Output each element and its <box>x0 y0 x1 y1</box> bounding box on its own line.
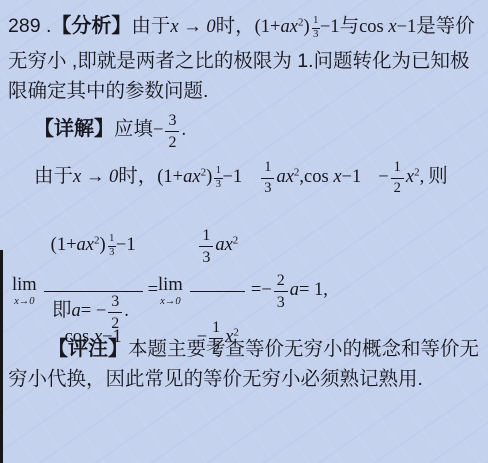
fraction-numerator: 1 <box>391 159 404 178</box>
math-token: (1+ <box>255 17 281 37</box>
math-token: , <box>420 167 425 187</box>
fraction: 32 <box>108 292 122 333</box>
fraction-denominator: 3 <box>313 29 318 41</box>
math-token: ) <box>303 17 309 37</box>
fraction-numerator: 3 <box>165 111 179 132</box>
detail-answer-line: 【详解】应填−32. <box>8 106 480 152</box>
fraction-numerator: 1 <box>108 233 116 247</box>
math-x-to-0: x → 0 <box>73 167 118 187</box>
remark-line-1: 【评注】本题主要考查等价无穷小的概念和等价无 <box>8 334 480 364</box>
math-token: ax <box>280 17 297 37</box>
lim-subscript: x→0 <box>14 297 34 308</box>
detail-equivalence-line: 由于x → 0时，(1+ax2)13−113ax2,cos x−1−12x2, … <box>8 152 480 200</box>
math-token: x <box>388 17 396 37</box>
math-token: . <box>124 301 129 321</box>
fraction-denominator: 2 <box>111 313 119 333</box>
fraction-numerator: 3 <box>108 292 122 313</box>
text-yu: 与 <box>340 15 360 37</box>
limit-operator: limx→0 <box>158 276 183 307</box>
text-tail: 是等价 <box>416 15 475 37</box>
math-token: − <box>378 167 388 187</box>
fraction: 12 <box>391 159 404 197</box>
text-shi: 时， <box>118 165 157 187</box>
text-ze: 则 <box>428 165 448 187</box>
fraction: 13 <box>199 226 213 267</box>
solution-content: 289 .【分析】由于x → 0时，(1+ax2)13−1与cos x−1是等价… <box>8 6 480 394</box>
fraction-numerator: 1 <box>312 15 320 29</box>
lim-word: lim <box>12 276 37 295</box>
lim-subscript: x→0 <box>160 297 180 308</box>
fraction-denominator: 2 <box>394 179 401 197</box>
screenshot-edge-artifact <box>0 250 3 463</box>
fraction-numerator: 13ax2 <box>190 200 245 292</box>
text: 限确定其中的参数问题. <box>8 80 208 102</box>
fraction-numerator: 2 <box>274 271 288 292</box>
math-x-to-0: x → 0 <box>170 17 215 37</box>
math-token: ) <box>100 235 106 255</box>
fraction-denominator: 3 <box>216 179 221 191</box>
text-youyu: 由于 <box>34 165 73 187</box>
text: 无穷小 ,即就是两者之比的极限为 1.问题转化为已知极 <box>8 50 470 72</box>
analysis-line-1: 289 .【分析】由于x → 0时，(1+ax2)13−1与cos x−1是等价 <box>8 6 480 46</box>
text: 穷小代换，因此常见的等价无穷小必须熟记熟用. <box>8 368 423 390</box>
math-token: −1 <box>397 17 417 37</box>
fraction: 23 <box>274 271 288 312</box>
fraction: 32 <box>165 111 179 152</box>
math-token: cos <box>304 167 333 187</box>
math-token: = 1, <box>299 280 328 300</box>
text-ji: 即 <box>52 299 72 321</box>
limit-equation: limx→0(1+ax2)13−1cos x−1=limx→013ax2−12x… <box>8 200 480 286</box>
math-token: . <box>181 120 186 140</box>
fraction: 13 <box>261 159 274 197</box>
text-shi: 时， <box>216 15 255 37</box>
equals-sign: = <box>148 280 158 300</box>
fraction-denominator: 3 <box>202 247 210 267</box>
math-token: −1 <box>342 167 362 187</box>
fraction-denominator: 3 <box>277 292 285 312</box>
math-token: x <box>333 167 341 187</box>
math-token: a <box>72 301 81 321</box>
text-yingtian: 应填 <box>114 118 153 140</box>
analysis-line-2: 无穷小 ,即就是两者之比的极限为 1.问题转化为已知极 <box>8 46 480 76</box>
fraction-numerator: (1+ax2)13−1 <box>44 200 143 292</box>
fraction-numerator: 1 <box>199 226 213 247</box>
fraction-numerator: 1 <box>214 165 222 179</box>
fraction-denominator: 2 <box>168 132 176 152</box>
text-youyu: 由于 <box>131 15 170 37</box>
math-token: a <box>290 280 299 300</box>
problem-number: 289 . <box>8 15 51 37</box>
math-token: ax <box>77 235 94 255</box>
math-token: (1+ <box>157 167 183 187</box>
math-token: ax <box>183 167 200 187</box>
math-token: − <box>261 280 271 300</box>
fraction-numerator: 1 <box>261 159 274 178</box>
fraction-denominator: 3 <box>109 247 114 259</box>
math-token: ) <box>206 167 212 187</box>
lim-word: lim <box>158 276 183 295</box>
math-token: (1+ <box>51 235 77 255</box>
math-token: −1 <box>320 17 340 37</box>
math-token: ax <box>276 167 293 187</box>
text: 本题主要考查等价无穷小的概念和等价无 <box>128 338 479 360</box>
math-token: −1 <box>223 167 243 187</box>
math-token: − <box>153 120 163 140</box>
detail-tag: 【详解】 <box>34 118 114 140</box>
fraction-denominator: 3 <box>264 179 271 197</box>
math-token: −1 <box>116 235 136 255</box>
math-token: x <box>406 167 414 187</box>
document-page: 289 .【分析】由于x → 0时，(1+ax2)13−1与cos x−1是等价… <box>0 0 488 463</box>
analysis-line-3: 限确定其中的参数问题. <box>8 76 480 106</box>
analysis-tag: 【分析】 <box>51 15 131 37</box>
math-token: ax <box>215 235 232 255</box>
exponent-fraction: 13 <box>312 15 320 41</box>
equals-sign: = <box>251 280 261 300</box>
math-token: cos <box>359 17 388 37</box>
limit-operator: limx→0 <box>12 276 37 307</box>
remark-tag: 【评注】 <box>48 338 128 360</box>
exponent-fraction: 13 <box>108 233 116 259</box>
remark-line-2: 穷小代换，因此常见的等价无穷小必须熟记熟用. <box>8 364 480 394</box>
math-superscript: 2 <box>233 235 239 247</box>
exponent-fraction: 13 <box>214 165 222 191</box>
math-token: = − <box>81 301 107 321</box>
